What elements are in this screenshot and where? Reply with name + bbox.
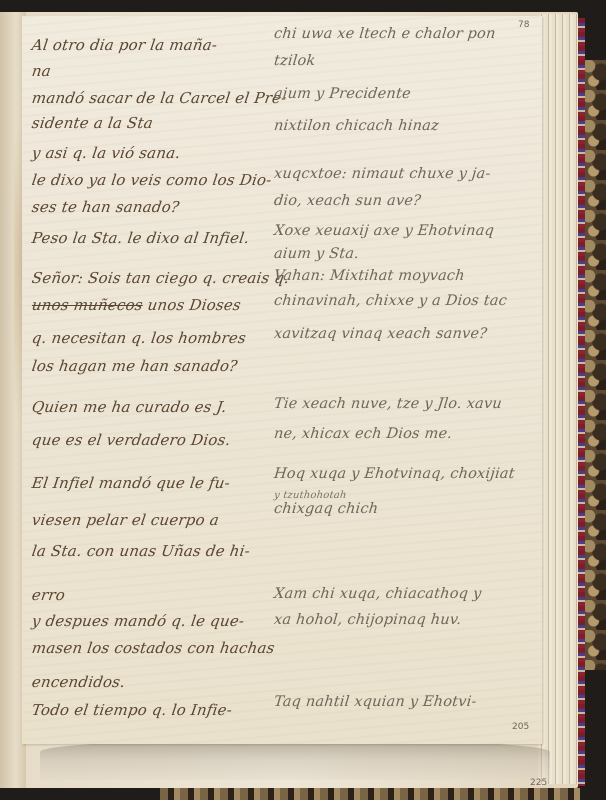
mam-line: nixtilon chicach hinaz <box>273 118 440 134</box>
spanish-line: le dixo ya lo veis como los Dio- <box>31 171 273 189</box>
spanish-line: sidente a la Sta <box>31 114 155 132</box>
spanish-line: masen los costados con hachas <box>31 639 276 657</box>
mam-line: chixgaq chich <box>273 501 379 517</box>
mam-line: Xam chi xuqa, chiacathoq y <box>273 586 482 602</box>
spanish-line: ses te han sanado? <box>31 198 181 216</box>
mam-line: dio, xeach sun ave? <box>273 193 422 209</box>
mam-line: tzilok <box>273 53 316 69</box>
mam-line: xavitzaq vinaq xeach sanve? <box>273 326 488 342</box>
spanish-line: que es el verdadero Dios. <box>31 431 232 449</box>
folio-number: 78 <box>518 20 529 30</box>
water-stain <box>40 740 550 780</box>
mam-line: xuqcxtoe: nimaut chuxe y ja- <box>273 166 491 182</box>
spanish-line: unos muñecos unos Dioses <box>31 296 242 314</box>
spanish-line: la Sta. con unas Uñas de hi- <box>31 542 251 560</box>
mam-line: y tzuthohotah <box>273 490 347 501</box>
manuscript-page: 78 205 Al otro dia por la maña-namandó s… <box>22 16 542 744</box>
mam-line: chi uwa xe ltech e chalor pon <box>273 26 496 42</box>
spanish-line: Todo el tiempo q. lo Infie- <box>31 701 234 719</box>
spanish-line: Al otro dia por la maña- <box>31 36 219 54</box>
mam-line: ne, xhicax ech Dios me. <box>273 426 453 442</box>
spanish-line: mandó sacar de la Carcel el Pre- <box>31 89 288 107</box>
spanish-line: Peso la Sta. le dixo al Infiel. <box>31 229 251 247</box>
spanish-line: viesen pelar el cuerpo a <box>31 511 221 529</box>
struck-text: unos muñecos <box>31 296 144 314</box>
page-number: 205 <box>512 722 529 732</box>
marbled-page-edge <box>577 18 585 786</box>
mam-line: xa hohol, chijopinaq huv. <box>273 612 462 628</box>
spanish-line: Quien me ha curado es J. <box>31 398 228 416</box>
mam-line: Xoxe xeuaxij axe y Ehotvinaq <box>273 223 495 239</box>
spanish-line: El Infiel mandó que le fu- <box>31 474 231 492</box>
mam-line: Vahan: Mixtihat moyvach <box>273 268 465 284</box>
mam-line: Taq nahtil xquian y Ehotvi- <box>273 694 477 710</box>
spanish-line: na <box>31 62 53 80</box>
line-text: unos Dioses <box>142 296 243 314</box>
page-edges <box>538 14 578 784</box>
spanish-line: y asi q. la vió sana. <box>31 144 182 162</box>
spanish-line: los hagan me han sanado? <box>31 357 239 375</box>
marbled-cover-bottom <box>160 788 580 800</box>
mam-line: Hoq xuqa y Ehotvinaq, choxijiat <box>273 466 515 482</box>
spanish-line: q. necesitan q. los hombres <box>31 329 247 347</box>
spanish-line: Señor: Sois tan ciego q. creais q. <box>31 269 291 287</box>
spanish-line: encendidos. <box>31 673 127 691</box>
archive-number: 225 <box>530 778 547 788</box>
mam-line: Tie xeach nuve, tze y Jlo. xavu <box>273 396 502 412</box>
mam-line: aium y Sta. <box>273 246 360 262</box>
mam-line: aium y Precidente <box>273 86 412 102</box>
mam-line: chinavinah, chixxe y a Dios tac <box>273 293 508 309</box>
spanish-line: erro <box>31 586 67 604</box>
spanish-line: y despues mandó q. le que- <box>31 612 246 630</box>
